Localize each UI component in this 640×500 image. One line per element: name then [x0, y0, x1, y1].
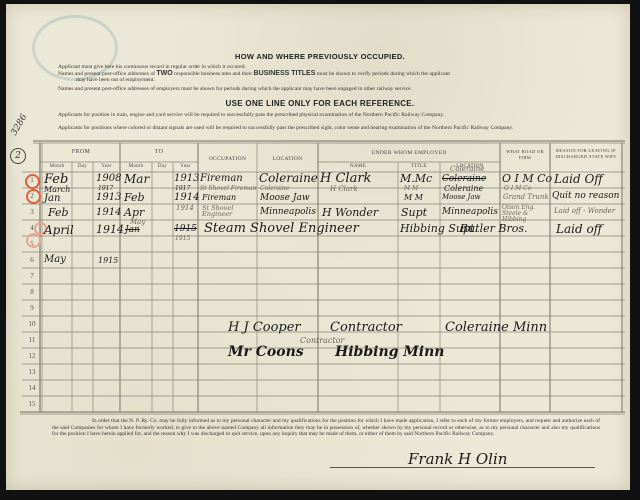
entry-2b-to-month: Feb: [124, 191, 145, 204]
entry-1-to-month: Mar: [124, 172, 149, 186]
signature-line: [330, 467, 595, 468]
red-circle-mark: [25, 174, 40, 189]
red-circle-mark: [26, 189, 41, 204]
header-to-month: Month: [120, 164, 152, 170]
entry-3-occupation: St Shovel Engineer: [202, 205, 256, 217]
entry-1-from-year: 1908: [96, 173, 121, 184]
entry-3-emp-location: Minneapolis: [442, 207, 498, 217]
entry-2-title: M M: [404, 185, 418, 192]
header-to-year: Year: [173, 164, 198, 170]
entry-2-from-year: 1917: [98, 185, 113, 192]
entry-3-title: Supt: [401, 206, 427, 219]
entry-2b-road: Grand Trunk: [503, 193, 549, 201]
header-occupation: OCCUPATION: [198, 156, 257, 162]
entry-4-to-year-struck: 1915: [174, 224, 197, 234]
entry-2-emp-location: Coleraine: [444, 184, 483, 193]
entry-4-to-year: 1915: [175, 235, 190, 242]
entry-3-name: H Wonder: [322, 206, 378, 219]
entry-1-location: Coleraine: [259, 171, 318, 185]
entry-1-to-year: 1913: [174, 173, 199, 184]
entry-2-reason: Quit no reason: [552, 191, 619, 201]
red-circle-mark: [26, 233, 41, 248]
reference-1-location: Coleraine Minn: [445, 320, 547, 335]
entry-2b-title: M M: [404, 193, 423, 202]
header-location: LOCATION: [257, 156, 318, 162]
entry-2b-from-year: 1913: [96, 192, 121, 203]
entry-6-from-month: May: [44, 254, 66, 265]
reference-1-name: H J Cooper: [228, 320, 301, 335]
entry-1-reason: Laid Off: [554, 172, 603, 186]
entry-2-location: Coleraine: [260, 185, 289, 192]
row-number: 6: [26, 256, 38, 264]
applicant-signature: Frank H Olin: [408, 450, 507, 468]
reference-1-title: Contractor: [330, 320, 402, 335]
entry-2b-to-year: 1914: [174, 192, 199, 203]
header-from: FROM: [42, 149, 120, 155]
entry-3-from-year: 1914: [96, 207, 121, 218]
entry-2b-from-month: Jan: [44, 193, 60, 204]
entry-4-to-month-struck: Jan: [125, 225, 140, 235]
header-from-month: Month: [42, 164, 72, 170]
entry-4-to-month: May: [130, 218, 145, 226]
header-to-day: Day: [152, 164, 173, 170]
entry-4-from-year: 1914: [96, 223, 124, 236]
header-from-day: Day: [72, 164, 93, 170]
entry-4-from-month: April: [44, 223, 74, 237]
reference-2-name: Mr Coons: [228, 344, 304, 360]
entry-1-emp-location: Coleraine: [442, 174, 486, 184]
row-number: 13: [26, 368, 38, 376]
row-number: 8: [26, 288, 38, 296]
authorization-statement: In order that the N. P. Ry. Co. may be f…: [52, 418, 600, 438]
row-number: 14: [26, 384, 38, 392]
row-number: 15: [26, 400, 38, 408]
entry-1-name: H Clark: [320, 171, 371, 186]
entry-4-emp-location: Butler Bros.: [460, 222, 527, 235]
header-road-or-firm: WHAT ROAD OR FIRM: [504, 149, 546, 161]
entry-2-road: O I M Co: [504, 185, 531, 192]
row-number: 10: [26, 320, 38, 328]
row-number: 7: [26, 272, 38, 280]
row-number: 9: [26, 304, 38, 312]
entry-2-occupation: St Shovel Fireman: [200, 185, 256, 192]
entry-1-emp-location-correction: Coleraine: [450, 165, 484, 173]
entry-1-occupation: Fireman: [200, 173, 243, 184]
row-number: 11: [26, 336, 38, 344]
entry-6-from-year: 1915: [98, 256, 118, 265]
header-under-whom-employed: UNDER WHOM EMPLOYED: [318, 150, 500, 156]
entry-2b-emp-location: Moose Jaw: [442, 193, 481, 201]
row-number: 3: [26, 208, 38, 216]
header-title: TITLE: [398, 164, 440, 170]
entry-3-location: Minneapolis: [260, 207, 316, 217]
reference-2-location: Hibbing Minn: [335, 344, 444, 360]
entry-3-to-year: 1914: [176, 204, 194, 212]
entry-2-to-year: 1917: [175, 185, 190, 192]
entry-3-from-month: Feb: [48, 206, 69, 219]
row-number: 12: [26, 352, 38, 360]
entry-1-title: M.Mc: [400, 172, 432, 185]
entry-3-reason: Laid off - Wonder: [554, 207, 615, 215]
entry-3-road: Olson Eng. Steele & Hibbing: [502, 205, 550, 223]
entry-4-occupation: Steam Shovel Engineer: [204, 221, 359, 236]
header-name: NAME: [318, 164, 398, 170]
header-reason-for-leaving: REASON FOR LEAVING IF DISCHARGED STATE W…: [552, 148, 620, 160]
entry-1-road: O I M Co: [502, 172, 552, 185]
entry-2b-location: Moose Jaw: [260, 193, 310, 203]
entry-2-name: H Clark: [330, 185, 358, 193]
header-to: TO: [120, 149, 198, 155]
header-from-year: Year: [93, 164, 120, 170]
entry-4-reason: Laid off: [556, 222, 602, 236]
entry-2b-occupation: Fireman: [202, 193, 236, 202]
